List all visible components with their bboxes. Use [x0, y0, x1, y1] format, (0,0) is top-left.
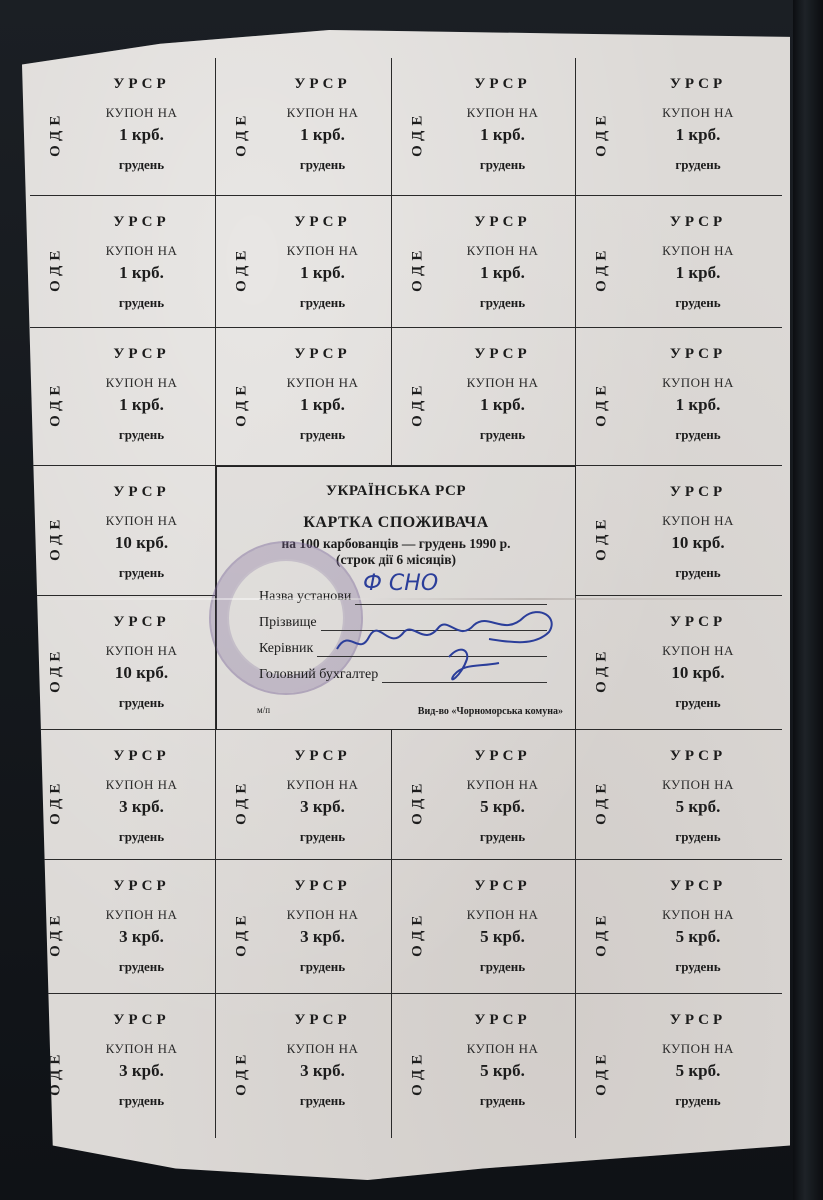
coupon-prefix: КУПОН НА [260, 243, 385, 259]
region-code: ОДЕ [234, 110, 251, 156]
coupon-month: грудень [260, 829, 385, 845]
card-amount-line: на 100 карбованців — грудень 1990 р. [217, 536, 575, 552]
coupon-issuer: УРСР [620, 214, 776, 231]
coupon-prefix: КУПОН НА [436, 1041, 569, 1057]
fold-crease [22, 598, 790, 600]
coupon-prefix: КУПОН НА [436, 777, 569, 793]
coupon-body: УРСР КУПОН НА 10 крб. грудень [620, 484, 776, 581]
coupon-body: УРСР КУПОН НА 10 крб. грудень [74, 484, 209, 581]
coupon-issuer: УРСР [74, 1012, 209, 1029]
coupon-r4-c1: ОДЕ УРСР КУПОН НА 10 крб. грудень [30, 466, 216, 596]
coupon-r6-c4: ОДЕ УРСР КУПОН НА 5 крб. грудень [576, 730, 782, 860]
coupon-issuer: УРСР [74, 878, 209, 895]
coupon-amount: 10 крб. [74, 533, 209, 553]
coupon-prefix: КУПОН НА [260, 375, 385, 391]
coupon-prefix: КУПОН НА [260, 1041, 385, 1057]
coupon-issuer: УРСР [620, 878, 776, 895]
region-code: ОДЕ [410, 380, 427, 426]
card-fields: Назва установи Прізвище Керівник Головни… [259, 587, 547, 691]
coupon-body: УРСР КУПОН НА 10 крб. грудень [620, 614, 776, 711]
coupon-r2-c4: ОДЕ УРСР КУПОН НА 1 крб. грудень [576, 196, 782, 328]
field-label: Прізвище [259, 615, 317, 631]
coupon-r8-c1: ОДЕ УРСР КУПОН НА 3 крб. грудень [30, 994, 216, 1138]
coupon-month: грудень [260, 295, 385, 311]
coupon-issuer: УРСР [620, 346, 776, 363]
region-code: ОДЕ [594, 778, 611, 824]
region-code: ОДЕ [594, 910, 611, 956]
region-code: ОДЕ [48, 910, 65, 956]
coupon-amount: 1 крб. [260, 263, 385, 283]
coupon-issuer: УРСР [436, 346, 569, 363]
coupon-amount: 1 крб. [620, 395, 776, 415]
coupon-r8-c4: ОДЕ УРСР КУПОН НА 5 крб. грудень [576, 994, 782, 1138]
coupon-body: УРСР КУПОН НА 5 крб. грудень [620, 748, 776, 845]
coupon-r1-c1: ОДЕ УРСР КУПОН НА 1 крб. грудень [30, 58, 216, 196]
coupon-r4-c4: ОДЕ УРСР КУПОН НА 10 крб. грудень [576, 466, 782, 596]
coupon-amount: 1 крб. [74, 263, 209, 283]
coupon-month: грудень [436, 157, 569, 173]
stamp-place-label: м/п [257, 705, 270, 715]
coupon-prefix: КУПОН НА [74, 1041, 209, 1057]
coupon-amount: 1 крб. [260, 395, 385, 415]
folder-spine [793, 0, 823, 1200]
coupon-body: УРСР КУПОН НА 1 крб. грудень [620, 76, 776, 173]
coupon-prefix: КУПОН НА [436, 105, 569, 121]
field-label: Головний бухгалтер [259, 667, 378, 683]
coupon-issuer: УРСР [74, 214, 209, 231]
coupon-issuer: УРСР [74, 614, 209, 631]
coupon-amount: 3 крб. [74, 797, 209, 817]
coupon-r7-c2: ОДЕ УРСР КУПОН НА 3 крб. грудень [216, 860, 392, 994]
coupon-prefix: КУПОН НА [260, 907, 385, 923]
coupon-r6-c2: ОДЕ УРСР КУПОН НА 3 крб. грудень [216, 730, 392, 860]
card-validity-line: (строк дії 6 місяців) [217, 552, 575, 568]
coupon-body: УРСР КУПОН НА 1 крб. грудень [436, 214, 569, 311]
region-code: ОДЕ [48, 245, 65, 291]
coupon-body: УРСР КУПОН НА 5 крб. грудень [436, 1012, 569, 1109]
coupon-prefix: КУПОН НА [620, 513, 776, 529]
coupon-issuer: УРСР [620, 614, 776, 631]
coupon-body: УРСР КУПОН НА 1 крб. грудень [436, 346, 569, 443]
coupon-body: УРСР КУПОН НА 1 крб. грудень [74, 76, 209, 173]
coupon-body: УРСР КУПОН НА 5 крб. грудень [436, 748, 569, 845]
region-code: ОДЕ [234, 910, 251, 956]
coupon-issuer: УРСР [260, 1012, 385, 1029]
coupon-prefix: КУПОН НА [74, 105, 209, 121]
coupon-amount: 5 крб. [620, 1061, 776, 1081]
coupon-amount: 1 крб. [620, 125, 776, 145]
coupon-r5-c1: ОДЕ УРСР КУПОН НА 10 крб. грудень [30, 596, 216, 730]
coupon-month: грудень [436, 959, 569, 975]
coupon-issuer: УРСР [436, 1012, 569, 1029]
coupon-month: грудень [620, 695, 776, 711]
region-code: ОДЕ [594, 110, 611, 156]
coupon-body: УРСР КУПОН НА 5 крб. грудень [436, 878, 569, 975]
coupon-month: грудень [260, 157, 385, 173]
coupon-month: грудень [436, 295, 569, 311]
coupon-month: грудень [74, 295, 209, 311]
coupon-body: УРСР КУПОН НА 1 крб. грудень [620, 346, 776, 443]
coupon-month: грудень [436, 427, 569, 443]
coupon-body: УРСР КУПОН НА 1 крб. грудень [436, 76, 569, 173]
region-code: ОДЕ [48, 110, 65, 156]
coupon-issuer: УРСР [260, 878, 385, 895]
coupon-body: УРСР КУПОН НА 3 крб. грудень [74, 748, 209, 845]
coupon-body: УРСР КУПОН НА 1 крб. грудень [74, 214, 209, 311]
coupon-month: грудень [74, 157, 209, 173]
coupon-amount: 1 крб. [260, 125, 385, 145]
coupon-month: грудень [620, 829, 776, 845]
coupon-issuer: УРСР [436, 214, 569, 231]
coupon-r1-c4: ОДЕ УРСР КУПОН НА 1 крб. грудень [576, 58, 782, 196]
region-code: ОДЕ [410, 110, 427, 156]
coupon-prefix: КУПОН НА [620, 243, 776, 259]
coupon-r5-c4: ОДЕ УРСР КУПОН НА 10 крб. грудень [576, 596, 782, 730]
field-director[interactable]: Керівник [259, 639, 547, 657]
coupon-month: грудень [74, 695, 209, 711]
coupon-amount: 1 крб. [74, 395, 209, 415]
coupon-amount: 3 крб. [260, 1061, 385, 1081]
coupon-amount: 5 крб. [436, 1061, 569, 1081]
coupon-issuer: УРСР [620, 76, 776, 93]
coupon-issuer: УРСР [260, 346, 385, 363]
coupon-amount: 5 крб. [436, 797, 569, 817]
region-code: ОДЕ [594, 514, 611, 560]
coupon-amount: 5 крб. [620, 927, 776, 947]
coupon-amount: 3 крб. [74, 927, 209, 947]
region-code: ОДЕ [234, 1050, 251, 1096]
region-code: ОДЕ [410, 245, 427, 291]
coupon-month: грудень [436, 1093, 569, 1109]
coupon-prefix: КУПОН НА [436, 375, 569, 391]
coupon-month: грудень [74, 427, 209, 443]
coupon-amount: 5 крб. [436, 927, 569, 947]
coupon-r1-c2: ОДЕ УРСР КУПОН НА 1 крб. грудень [216, 58, 392, 196]
coupon-prefix: КУПОН НА [74, 907, 209, 923]
coupon-month: грудень [260, 1093, 385, 1109]
coupon-issuer: УРСР [436, 76, 569, 93]
coupon-sheet: ОДЕ УРСР КУПОН НА 1 крб. грудень ОДЕ УРС… [22, 30, 790, 1180]
coupon-body: УРСР КУПОН НА 5 крб. грудень [620, 878, 776, 975]
coupon-month: грудень [620, 157, 776, 173]
coupon-issuer: УРСР [620, 1012, 776, 1029]
coupon-month: грудень [620, 959, 776, 975]
coupon-body: УРСР КУПОН НА 1 крб. грудень [620, 214, 776, 311]
coupon-r2-c3: ОДЕ УРСР КУПОН НА 1 крб. грудень [392, 196, 576, 328]
coupon-issuer: УРСР [620, 484, 776, 501]
region-code: ОДЕ [410, 1050, 427, 1096]
field-label: Керівник [259, 641, 313, 657]
coupon-prefix: КУПОН НА [620, 777, 776, 793]
coupon-issuer: УРСР [74, 748, 209, 765]
coupon-r7-c1: ОДЕ УРСР КУПОН НА 3 крб. грудень [30, 860, 216, 994]
coupon-r3-c2: ОДЕ УРСР КУПОН НА 1 крб. грудень [216, 328, 392, 466]
coupon-body: УРСР КУПОН НА 3 крб. грудень [74, 1012, 209, 1109]
field-line [382, 670, 547, 683]
coupon-prefix: КУПОН НА [260, 777, 385, 793]
coupon-prefix: КУПОН НА [74, 643, 209, 659]
field-chief-accountant[interactable]: Головний бухгалтер [259, 665, 547, 683]
coupon-r3-c3: ОДЕ УРСР КУПОН НА 1 крб. грудень [392, 328, 576, 466]
coupon-issuer: УРСР [260, 748, 385, 765]
coupon-month: грудень [620, 1093, 776, 1109]
region-code: ОДЕ [410, 910, 427, 956]
coupon-prefix: КУПОН НА [620, 375, 776, 391]
coupon-prefix: КУПОН НА [620, 105, 776, 121]
card-subtitle: КАРТКА СПОЖИВАЧА [217, 514, 575, 532]
region-code: ОДЕ [234, 245, 251, 291]
coupon-month: грудень [260, 959, 385, 975]
coupon-amount: 1 крб. [620, 263, 776, 283]
card-title: УКРАЇНСЬКА РСР [217, 483, 575, 500]
coupon-body: УРСР КУПОН НА 3 крб. грудень [260, 748, 385, 845]
coupon-issuer: УРСР [74, 76, 209, 93]
coupon-r7-c3: ОДЕ УРСР КУПОН НА 5 крб. грудень [392, 860, 576, 994]
coupon-r8-c2: ОДЕ УРСР КУПОН НА 3 крб. грудень [216, 994, 392, 1138]
field-line [317, 644, 547, 657]
region-code: ОДЕ [410, 778, 427, 824]
coupon-body: УРСР КУПОН НА 1 крб. грудень [260, 214, 385, 311]
field-institution[interactable]: Назва установи [259, 587, 547, 605]
coupon-month: грудень [74, 565, 209, 581]
coupon-prefix: КУПОН НА [620, 643, 776, 659]
coupon-r3-c1: ОДЕ УРСР КУПОН НА 1 крб. грудень [30, 328, 216, 466]
coupon-amount: 10 крб. [620, 663, 776, 683]
region-code: ОДЕ [48, 778, 65, 824]
coupon-body: УРСР КУПОН НА 3 крб. грудень [260, 1012, 385, 1109]
coupon-amount: 1 крб. [74, 125, 209, 145]
coupon-month: грудень [436, 829, 569, 845]
coupon-r3-c4: ОДЕ УРСР КУПОН НА 1 крб. грудень [576, 328, 782, 466]
field-label: Назва установи [259, 589, 351, 605]
coupon-issuer: УРСР [436, 878, 569, 895]
coupon-issuer: УРСР [260, 214, 385, 231]
coupon-issuer: УРСР [74, 484, 209, 501]
coupon-issuer: УРСР [260, 76, 385, 93]
coupon-prefix: КУПОН НА [74, 243, 209, 259]
field-line [321, 618, 547, 631]
coupon-month: грудень [74, 959, 209, 975]
coupon-issuer: УРСР [436, 748, 569, 765]
coupon-body: УРСР КУПОН НА 1 крб. грудень [260, 346, 385, 443]
coupon-body: УРСР КУПОН НА 3 крб. грудень [74, 878, 209, 975]
coupon-amount: 3 крб. [260, 797, 385, 817]
coupon-prefix: КУПОН НА [74, 513, 209, 529]
coupon-month: грудень [74, 1093, 209, 1109]
region-code: ОДЕ [594, 646, 611, 692]
region-code: ОДЕ [234, 778, 251, 824]
coupon-amount: 1 крб. [436, 263, 569, 283]
coupon-amount: 10 крб. [74, 663, 209, 683]
coupon-prefix: КУПОН НА [620, 907, 776, 923]
coupon-body: УРСР КУПОН НА 3 крб. грудень [260, 878, 385, 975]
coupon-amount: 1 крб. [436, 395, 569, 415]
coupon-month: грудень [74, 829, 209, 845]
field-surname[interactable]: Прізвище [259, 613, 547, 631]
coupon-body: УРСР КУПОН НА 1 крб. грудень [260, 76, 385, 173]
coupon-r6-c1: ОДЕ УРСР КУПОН НА 3 крб. грудень [30, 730, 216, 860]
coupon-month: грудень [620, 427, 776, 443]
coupon-body: УРСР КУПОН НА 1 крб. грудень [74, 346, 209, 443]
region-code: ОДЕ [48, 380, 65, 426]
coupon-prefix: КУПОН НА [74, 375, 209, 391]
region-code: ОДЕ [48, 514, 65, 560]
coupon-r8-c3: ОДЕ УРСР КУПОН НА 5 крб. грудень [392, 994, 576, 1138]
coupon-month: грудень [620, 295, 776, 311]
coupon-amount: 3 крб. [260, 927, 385, 947]
coupon-body: УРСР КУПОН НА 10 крб. грудень [74, 614, 209, 711]
coupon-amount: 5 крб. [620, 797, 776, 817]
coupon-amount: 10 крб. [620, 533, 776, 553]
coupon-issuer: УРСР [620, 748, 776, 765]
coupon-month: грудень [260, 427, 385, 443]
coupon-prefix: КУПОН НА [620, 1041, 776, 1057]
coupon-r2-c1: ОДЕ УРСР КУПОН НА 1 крб. грудень [30, 196, 216, 328]
region-code: ОДЕ [594, 380, 611, 426]
coupon-r2-c2: ОДЕ УРСР КУПОН НА 1 крб. грудень [216, 196, 392, 328]
coupon-prefix: КУПОН НА [436, 243, 569, 259]
region-code: ОДЕ [594, 245, 611, 291]
coupon-body: УРСР КУПОН НА 5 крб. грудень [620, 1012, 776, 1109]
coupon-amount: 1 крб. [436, 125, 569, 145]
coupon-month: грудень [620, 565, 776, 581]
coupon-r6-c3: ОДЕ УРСР КУПОН НА 5 крб. грудень [392, 730, 576, 860]
coupon-prefix: КУПОН НА [260, 105, 385, 121]
region-code: ОДЕ [48, 646, 65, 692]
coupon-prefix: КУПОН НА [436, 907, 569, 923]
coupon-issuer: УРСР [74, 346, 209, 363]
publisher-imprint: Вид-во «Чорноморська комуна» [418, 706, 563, 717]
region-code: ОДЕ [594, 1050, 611, 1096]
region-code: ОДЕ [234, 380, 251, 426]
coupon-amount: 3 крб. [74, 1061, 209, 1081]
coupon-r7-c4: ОДЕ УРСР КУПОН НА 5 крб. грудень [576, 860, 782, 994]
coupon-prefix: КУПОН НА [74, 777, 209, 793]
coupon-r1-c3: ОДЕ УРСР КУПОН НА 1 крб. грудень [392, 58, 576, 196]
